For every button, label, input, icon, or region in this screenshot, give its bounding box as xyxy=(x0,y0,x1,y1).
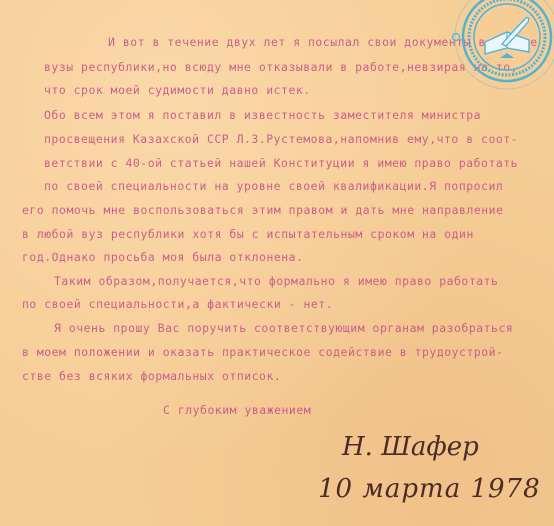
text-line: год.Однако просьба моя была отклонена. xyxy=(22,250,304,264)
handwritten-date: 10 марта 1978 xyxy=(318,474,541,504)
text-line: Обо всем этом я поставил в известность з… xyxy=(44,108,481,122)
text-line: по своей специальности,а фактически - не… xyxy=(22,297,333,311)
archive-stamp xyxy=(452,0,554,92)
text-line: что срок моей судимости давно истек. xyxy=(44,83,311,97)
closing-line: С глубоким уважением xyxy=(163,403,311,417)
text-line: вузы республики,но всюду мне отказывали … xyxy=(44,60,518,74)
text-line: в любой вуз республики хотя бы с испытат… xyxy=(22,227,474,241)
text-line: его помочь мне воспользоваться этим прав… xyxy=(22,203,504,217)
handwritten-signature: Н. Шафер xyxy=(342,432,479,462)
text-line: в моем положении и оказать практическое … xyxy=(22,345,504,359)
text-line: по своей специальности на уровне своей к… xyxy=(44,179,503,193)
text-line: Таким образом,получается,что формально я… xyxy=(54,274,498,288)
text-line: ветствии с 40-ой статьей нашей Конституц… xyxy=(44,156,518,170)
book-and-quill-emblem-icon xyxy=(453,0,554,89)
text-line: Я очень прошу Вас поручить соответствующ… xyxy=(54,321,513,335)
text-line: стве без всяких формальных отписок. xyxy=(22,369,281,383)
paragraph-start: Обо всем этом я поставил в известность з… xyxy=(44,108,481,122)
text-line: просвещения Казахской ССР Л.З.Рустемова,… xyxy=(44,132,518,146)
